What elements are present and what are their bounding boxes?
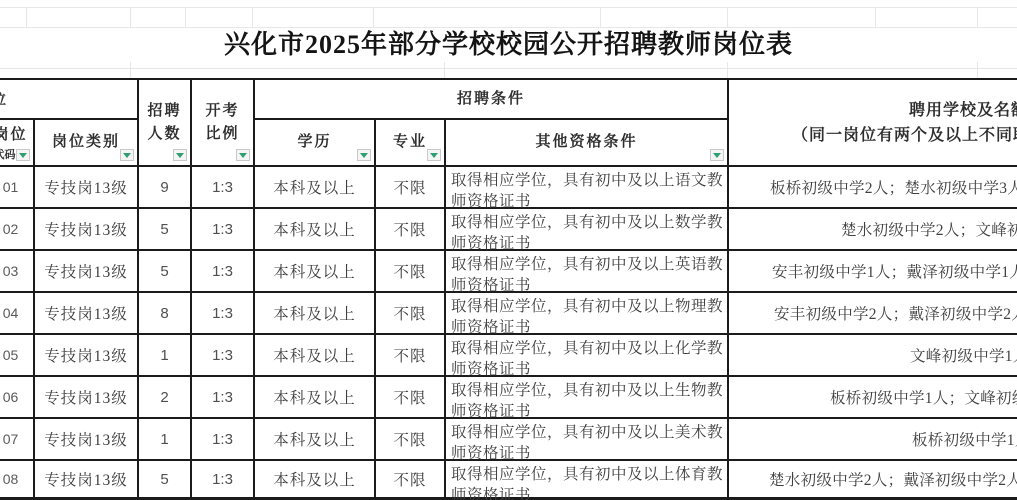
header-label: 人数 <box>147 123 181 146</box>
filter-icon[interactable] <box>120 149 134 161</box>
gridline <box>875 7 876 27</box>
header-cell-major[interactable]: 专业 <box>376 120 446 167</box>
cell-exam-ratio[interactable]: 1:3 <box>192 293 255 335</box>
cell-other-conditions[interactable]: 取得相应学位，具有初中及以上美术教 师资格证书 <box>446 419 729 461</box>
cell-exam-ratio[interactable]: 1:3 <box>192 377 255 419</box>
cell-schools[interactable]: 文峰初级中学1人 <box>729 335 1017 377</box>
cell-education[interactable]: 本科及以上 <box>255 251 376 293</box>
cell-schools[interactable]: 安丰初级中学2人；戴泽初级中学2人 <box>729 293 1017 335</box>
header-label: 开考 <box>205 100 239 123</box>
cell-education[interactable]: 本科及以上 <box>255 377 376 419</box>
cell-recruit-count[interactable]: 1 <box>139 419 192 461</box>
cell-recruit-count[interactable]: 5 <box>139 251 192 293</box>
header-label: （同一岗位有两个及以上不同聘用 <box>729 123 1017 148</box>
cell-schools[interactable]: 楚水初级中学2人；戴泽初级中学2人 <box>729 461 1017 499</box>
gridline <box>727 7 728 27</box>
cell-post-code[interactable]: 03 <box>0 251 35 293</box>
cell-schools[interactable]: 板桥初级中学1人 <box>729 419 1017 461</box>
cell-major[interactable]: 不限 <box>376 419 446 461</box>
clipped-header-fragment: 位 <box>0 88 6 109</box>
filter-icon[interactable] <box>173 149 187 161</box>
cell-major[interactable]: 不限 <box>376 251 446 293</box>
gridline <box>252 7 253 27</box>
corner-cell[interactable] <box>0 80 139 120</box>
cell-education[interactable]: 本科及以上 <box>255 335 376 377</box>
cell-exam-ratio[interactable]: 1:3 <box>192 251 255 293</box>
header-label: 比例 <box>205 123 239 146</box>
header-cell-recruit-count[interactable]: 招聘 人数 <box>139 80 192 167</box>
recruitment-table: 招聘 人数 开考 比例 招聘条件 聘用学校及名额 （同一岗位有两个及以上不同聘用… <box>0 78 1017 500</box>
gridline <box>0 68 1017 69</box>
cell-exam-ratio[interactable]: 1:3 <box>192 461 255 499</box>
cell-post-code[interactable]: 02 <box>0 209 35 251</box>
gridline <box>444 62 445 78</box>
header-label: 招聘条件 <box>457 88 525 111</box>
cell-post-category[interactable]: 专技岗13级 <box>35 209 139 251</box>
cell-major[interactable]: 不限 <box>376 377 446 419</box>
cell-other-conditions[interactable]: 取得相应学位，具有初中及以上数学教 师资格证书 <box>446 209 729 251</box>
cell-recruit-count[interactable]: 8 <box>139 293 192 335</box>
cell-education[interactable]: 本科及以上 <box>255 419 376 461</box>
cell-other-conditions[interactable]: 取得相应学位，具有初中及以上体育教 师资格证书 <box>446 461 729 499</box>
cell-post-code[interactable]: 07 <box>0 419 35 461</box>
gridline <box>26 7 27 27</box>
cell-schools[interactable]: 安丰初级中学1人；戴泽初级中学1人 <box>729 251 1017 293</box>
header-cell-other-conditions[interactable]: 其他资格条件 <box>446 120 729 167</box>
cell-major[interactable]: 不限 <box>376 209 446 251</box>
gridline <box>600 7 601 27</box>
gridline <box>727 62 728 78</box>
filter-icon[interactable] <box>427 149 441 161</box>
filter-icon[interactable] <box>710 149 724 161</box>
cell-post-code[interactable]: 04 <box>0 293 35 335</box>
cell-post-category[interactable]: 专技岗13级 <box>35 293 139 335</box>
header-label: 其他资格条件 <box>535 131 637 154</box>
cell-other-conditions[interactable]: 取得相应学位，具有初中及以上化学教 师资格证书 <box>446 335 729 377</box>
header-label: 招聘 <box>147 100 181 123</box>
cell-other-conditions[interactable]: 取得相应学位，具有初中及以上英语教 师资格证书 <box>446 251 729 293</box>
cell-other-conditions[interactable]: 取得相应学位，具有初中及以上生物教 师资格证书 <box>446 377 729 419</box>
cell-exam-ratio[interactable]: 1:3 <box>192 209 255 251</box>
cell-education[interactable]: 本科及以上 <box>255 167 376 209</box>
header-cell-education[interactable]: 学历 <box>255 120 376 167</box>
cell-post-code[interactable]: 06 <box>0 377 35 419</box>
cell-recruit-count[interactable]: 1 <box>139 335 192 377</box>
cell-exam-ratio[interactable]: 1:3 <box>192 167 255 209</box>
cell-schools[interactable]: 板桥初级中学2人；楚水初级中学3人 <box>729 167 1017 209</box>
header-label: 代码 <box>0 149 16 162</box>
cell-post-code[interactable]: 05 <box>0 335 35 377</box>
cell-post-category[interactable]: 专技岗13级 <box>35 377 139 419</box>
gridline <box>0 7 1017 8</box>
cell-other-conditions[interactable]: 取得相应学位，具有初中及以上语文教 师资格证书 <box>446 167 729 209</box>
filter-icon[interactable] <box>236 149 250 161</box>
gridline <box>373 7 374 27</box>
cell-post-category[interactable]: 专技岗13级 <box>35 335 139 377</box>
cell-other-conditions[interactable]: 取得相应学位，具有初中及以上物理教 师资格证书 <box>446 293 729 335</box>
gridline <box>977 7 978 27</box>
cell-post-category[interactable]: 专技岗13级 <box>35 167 139 209</box>
cell-major[interactable]: 不限 <box>376 335 446 377</box>
header-label: 学历 <box>297 131 331 154</box>
cell-post-code[interactable]: 01 <box>0 167 35 209</box>
cell-exam-ratio[interactable]: 1:3 <box>192 419 255 461</box>
header-label: 岗位类别 <box>52 131 120 154</box>
cell-post-category[interactable]: 专技岗13级 <box>35 461 139 499</box>
cell-education[interactable]: 本科及以上 <box>255 293 376 335</box>
header-cell-exam-ratio[interactable]: 开考 比例 <box>192 80 255 167</box>
gridline <box>130 62 131 78</box>
cell-post-category[interactable]: 专技岗13级 <box>35 251 139 293</box>
gridline <box>977 62 978 78</box>
cell-exam-ratio[interactable]: 1:3 <box>192 335 255 377</box>
cell-major[interactable]: 不限 <box>376 293 446 335</box>
page-title: 兴化市2025年部分学校校园公开招聘教师岗位表 <box>0 27 1017 63</box>
spreadsheet-page: { "colors": { "table_border": "#1b1b1b",… <box>0 0 1017 500</box>
filter-icon[interactable] <box>357 149 371 161</box>
cell-major[interactable]: 不限 <box>376 461 446 499</box>
cell-major[interactable]: 不限 <box>376 167 446 209</box>
header-cell-post-code[interactable]: 岗位 代码 <box>0 120 35 167</box>
cell-education[interactable]: 本科及以上 <box>255 461 376 499</box>
cell-post-category[interactable]: 专技岗13级 <box>35 419 139 461</box>
cell-schools[interactable]: 楚水初级中学2人；文峰初级中学 <box>729 209 1017 251</box>
gridline <box>130 7 131 27</box>
cell-education[interactable]: 本科及以上 <box>255 209 376 251</box>
header-label: 专业 <box>393 131 427 154</box>
cell-recruit-count[interactable]: 2 <box>139 377 192 419</box>
header-label: 岗位 <box>0 124 28 147</box>
cell-post-code[interactable]: 08 <box>0 461 35 499</box>
header-label: 聘用学校及名额 <box>729 98 1017 123</box>
cell-recruit-count[interactable]: 5 <box>139 461 192 499</box>
cell-recruit-count[interactable]: 5 <box>139 209 192 251</box>
cell-recruit-count[interactable]: 9 <box>139 167 192 209</box>
gridline <box>185 7 186 27</box>
cell-schools[interactable]: 板桥初级中学1人；文峰初级中学 <box>729 377 1017 419</box>
header-cell-post-category[interactable]: 岗位类别 <box>35 120 139 167</box>
filter-icon[interactable] <box>16 149 30 161</box>
header-cell-conditions-group[interactable]: 招聘条件 <box>255 80 729 120</box>
header-cell-school[interactable]: 聘用学校及名额 （同一岗位有两个及以上不同聘用 <box>729 80 1017 167</box>
